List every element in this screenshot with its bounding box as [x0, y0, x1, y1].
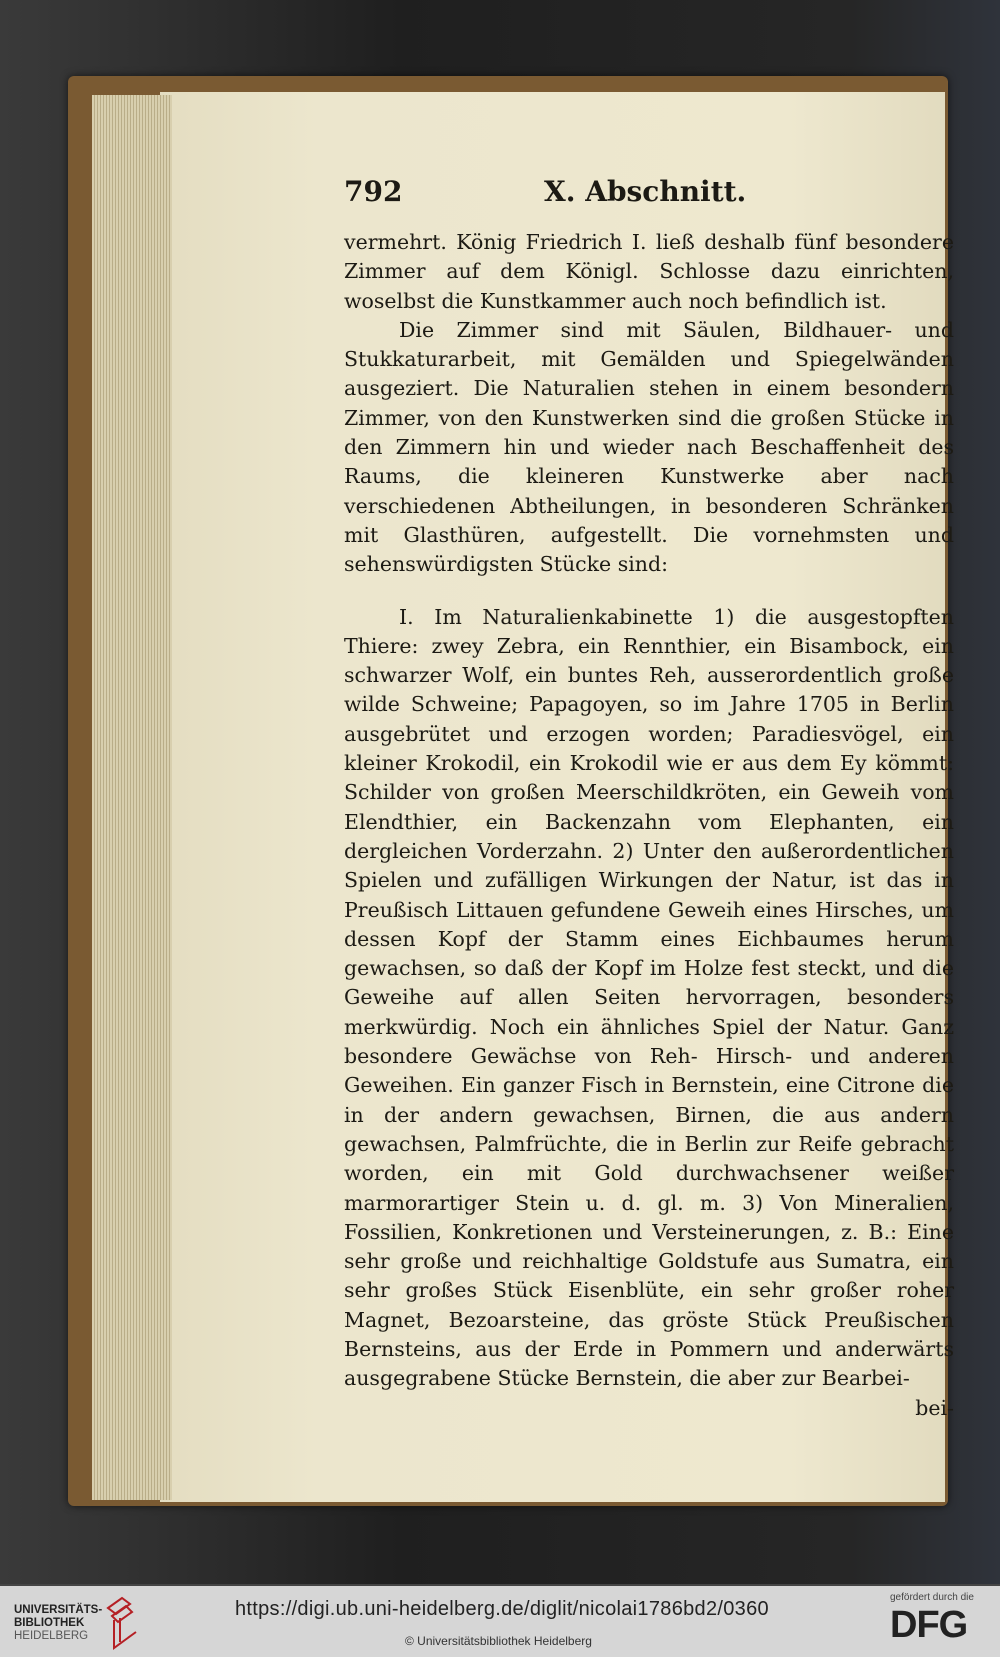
running-head: X. Abschnitt.: [544, 175, 746, 208]
paragraph-1: vermehrt. König Friedrich I. ließ deshal…: [344, 228, 954, 316]
page-number: 792: [344, 175, 544, 208]
page-header: 792 X. Abschnitt.: [344, 175, 954, 208]
funded-by-label: gefördert durch die: [890, 1592, 974, 1603]
page-edges: [92, 95, 172, 1500]
library-logo-icon[interactable]: [100, 1596, 142, 1651]
permalink-url[interactable]: https://digi.ub.uni-heidelberg.de/diglit…: [235, 1598, 769, 1621]
library-logo-text[interactable]: UNIVERSITÄTS- BIBLIOTHEK HEIDELBERG: [14, 1604, 102, 1643]
page-text: 792 X. Abschnitt. vermehrt. König Friedr…: [344, 175, 954, 1423]
viewer-footer: UNIVERSITÄTS- BIBLIOTHEK HEIDELBERG http…: [0, 1584, 1000, 1657]
copyright-notice: © Universitätsbibliothek Heidelberg: [405, 1634, 592, 1648]
paragraph-2: Die Zimmer sind mit Säulen, Bildhauer- u…: [344, 316, 954, 580]
paragraph-3: I. Im Naturalienkabinette 1) die ausgest…: [344, 603, 954, 1394]
catchword: bei-: [344, 1394, 954, 1423]
book-scan: 792 X. Abschnitt. vermehrt. König Friedr…: [0, 0, 1000, 1584]
dfg-logo[interactable]: DFG: [890, 1604, 967, 1647]
